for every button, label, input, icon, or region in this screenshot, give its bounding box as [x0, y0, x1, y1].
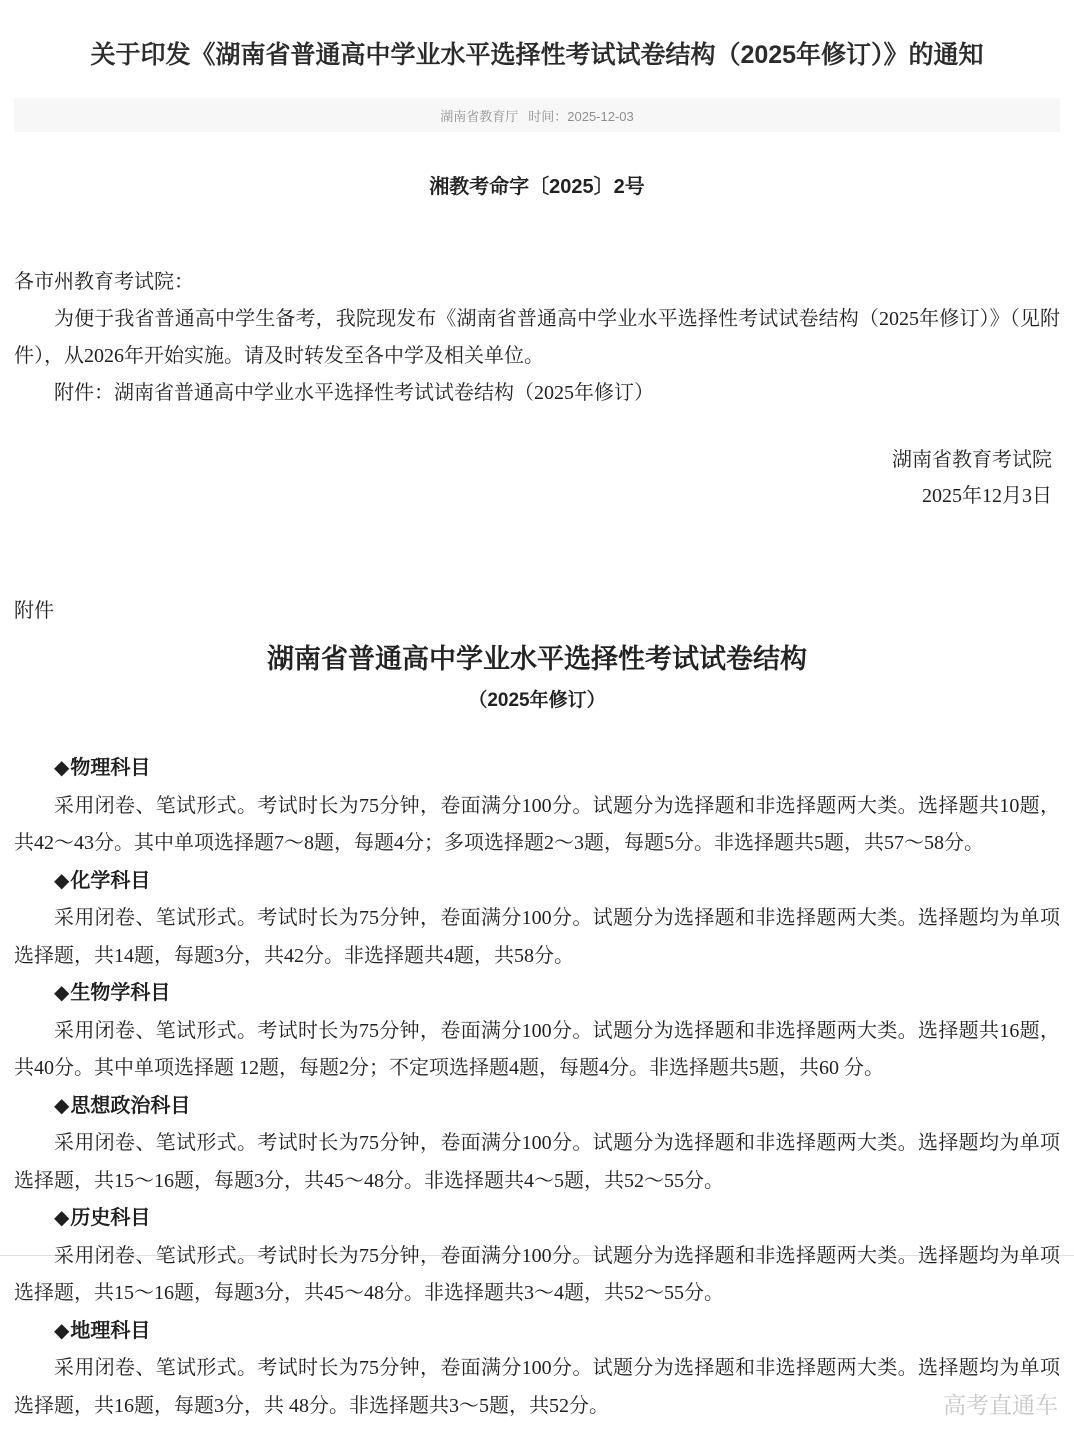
subject-heading: ◆物理科目	[14, 750, 1060, 788]
notice-paragraph: 为便于我省普通高中学生备考，我院现发布《湖南省普通高中学业水平选择性考试试卷结构…	[14, 301, 1060, 375]
section-physics: ◆物理科目 采用闭卷、笔试形式。考试时长为75分钟，卷面满分100分。试题分为选…	[14, 750, 1060, 863]
meta-bar: 湖南省教育厅 时间：2025-12-03	[14, 98, 1060, 132]
section-chemistry: ◆化学科目 采用闭卷、笔试形式。考试时长为75分钟，卷面满分100分。试题分为选…	[14, 863, 1060, 976]
subject-heading: ◆化学科目	[14, 863, 1060, 901]
subject-heading-label: 地理科目	[70, 1320, 150, 1342]
notice-document-page: 关于印发《湖南省普通高中学业水平选择性考试试卷结构（2025年修订）》的通知 湖…	[0, 0, 1074, 1438]
diamond-bullet-icon: ◆	[54, 757, 69, 779]
subject-body: 采用闭卷、笔试形式。考试时长为75分钟，卷面满分100分。试题分为选择题和非选择…	[14, 788, 1060, 863]
salutation: 各市州教育考试院：	[14, 264, 1060, 301]
section-politics: ◆思想政治科目 采用闭卷、笔试形式。考试时长为75分钟，卷面满分100分。试题分…	[14, 1088, 1060, 1201]
attachment-title: 湖南省普通高中学业水平选择性考试试卷结构	[14, 642, 1060, 676]
attachment-reference-line: 附件：湖南省普通高中学业水平选择性考试试卷结构（2025年修订）	[14, 375, 1060, 412]
subject-body: 采用闭卷、笔试形式。考试时长为75分钟，卷面满分100分。试题分为选择题和非选择…	[14, 900, 1060, 975]
subject-heading-label: 生物学科目	[70, 982, 170, 1004]
meta-source: 湖南省教育厅	[440, 106, 518, 125]
subject-heading-label: 物理科目	[70, 757, 150, 779]
subject-heading-label: 历史科目	[70, 1207, 150, 1229]
notice-body: 各市州教育考试院： 为便于我省普通高中学生备考，我院现发布《湖南省普通高中学业水…	[14, 264, 1060, 412]
meta-time: 时间：2025-12-03	[528, 106, 634, 125]
diamond-bullet-icon: ◆	[54, 982, 69, 1004]
section-geography: ◆地理科目 采用闭卷、笔试形式。考试时长为75分钟，卷面满分100分。试题分为选…	[14, 1313, 1060, 1426]
attachment-subtitle: （2025年修订）	[14, 688, 1060, 714]
subject-heading: ◆地理科目	[14, 1313, 1060, 1351]
subject-heading-label: 思想政治科目	[70, 1095, 190, 1117]
subject-body: 采用闭卷、笔试形式。考试时长为75分钟，卷面满分100分。试题分为选择题和非选择…	[14, 1350, 1060, 1425]
subject-heading: ◆思想政治科目	[14, 1088, 1060, 1126]
subject-body: 采用闭卷、笔试形式。考试时长为75分钟，卷面满分100分。试题分为选择题和非选择…	[14, 1238, 1060, 1313]
attachment-label: 附件	[14, 596, 1060, 626]
doc-number: 湘教考命字〔2025〕2号	[14, 172, 1060, 202]
diamond-bullet-icon: ◆	[54, 1207, 69, 1229]
signature-date: 2025年12月3日	[14, 478, 1052, 514]
diamond-bullet-icon: ◆	[54, 1320, 69, 1342]
subject-heading: ◆生物学科目	[14, 975, 1060, 1013]
subject-sections: ◆物理科目 采用闭卷、笔试形式。考试时长为75分钟，卷面满分100分。试题分为选…	[14, 750, 1060, 1425]
signature-org: 湖南省教育考试院	[14, 442, 1052, 478]
page-title: 关于印发《湖南省普通高中学业水平选择性考试试卷结构（2025年修订）》的通知	[14, 0, 1060, 72]
subject-heading-label: 化学科目	[70, 870, 150, 892]
section-biology: ◆生物学科目 采用闭卷、笔试形式。考试时长为75分钟，卷面满分100分。试题分为…	[14, 975, 1060, 1088]
watermark: 高考直通车	[943, 1387, 1058, 1420]
subject-heading: ◆历史科目	[14, 1200, 1060, 1238]
signature-block: 湖南省教育考试院 2025年12月3日	[14, 442, 1060, 514]
subject-body: 采用闭卷、笔试形式。考试时长为75分钟，卷面满分100分。试题分为选择题和非选择…	[14, 1125, 1060, 1200]
diamond-bullet-icon: ◆	[54, 870, 69, 892]
diamond-bullet-icon: ◆	[54, 1095, 69, 1117]
subject-body: 采用闭卷、笔试形式。考试时长为75分钟，卷面满分100分。试题分为选择题和非选择…	[14, 1013, 1060, 1088]
section-history: ◆历史科目 采用闭卷、笔试形式。考试时长为75分钟，卷面满分100分。试题分为选…	[14, 1200, 1060, 1313]
